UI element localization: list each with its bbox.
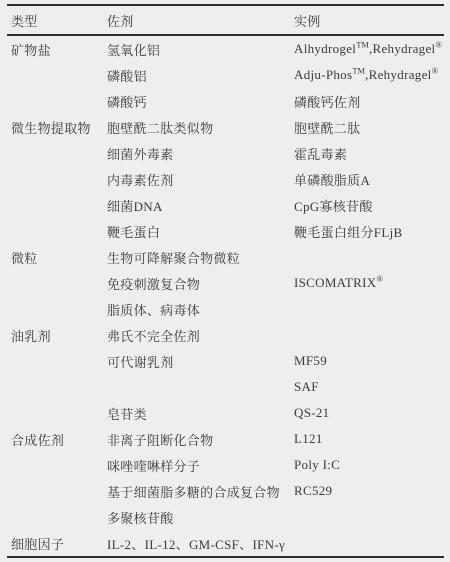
table-row: 基于细菌脂多糖的合成复合物 RC529 (7, 478, 444, 504)
table-header-row: 类型 佐剂 实例 (7, 6, 444, 34)
example-cell: 磷酸钙佐剂 (290, 92, 444, 111)
adjuvant-cell: 基于细菌脂多糖的合成复合物 (103, 482, 290, 501)
table-row: 微粒 生物可降解聚合物微粒 (7, 244, 444, 270)
example-cell: 霍乱毒素 (290, 144, 444, 163)
table-row: 细胞因子 IL-2、IL-12、GM-CSF、IFN-γ (7, 530, 444, 556)
scanned-document-page: 类型 佐剂 实例 矿物盐 氢氧化铝 AlhydrogelTM,Rehydrage… (0, 0, 450, 562)
table-row: 内毒素佐剂 单磷酸脂质A (7, 166, 444, 192)
type-cell: 油乳剂 (7, 326, 103, 345)
example-cell: ISCOMATRIX® (290, 275, 444, 291)
column-header-example: 实例 (290, 11, 444, 30)
example-cell: Adju-PhosTM,Rehydragel® (290, 67, 444, 83)
example-cell: SAF (290, 379, 444, 395)
column-header-type: 类型 (7, 11, 103, 30)
example-cell: L121 (290, 431, 444, 447)
adjuvant-table: 类型 佐剂 实例 矿物盐 氢氧化铝 AlhydrogelTM,Rehydrage… (7, 4, 444, 558)
example-cell: QS-21 (290, 405, 444, 421)
type-cell: 细胞因子 (7, 534, 103, 553)
table-row: 细菌DNA CpG寡核苷酸 (7, 192, 444, 218)
adjuvant-cell: 氢氧化铝 (103, 40, 290, 59)
example-cell: AlhydrogelTM,Rehydragel® (290, 41, 444, 57)
example-cell: MF59 (290, 353, 444, 369)
adjuvant-cell: 磷酸钙 (103, 92, 290, 111)
adjuvant-cell: 鞭毛蛋白 (103, 222, 290, 241)
type-cell: 微粒 (7, 248, 103, 267)
adjuvant-cell: 咪唑喹啉样分子 (103, 456, 290, 475)
table-row: 矿物盐 氢氧化铝 AlhydrogelTM,Rehydragel® (7, 36, 444, 62)
table-row: 鞭毛蛋白 鞭毛蛋白组分FLjB (7, 218, 444, 244)
example-cell: 胞壁酰二肽 (290, 118, 444, 137)
adjuvant-cell: 磷酸铝 (103, 66, 290, 85)
table-body: 矿物盐 氢氧化铝 AlhydrogelTM,Rehydragel® 磷酸铝 Ad… (7, 36, 444, 556)
table-row: 免疫刺激复合物 ISCOMATRIX® (7, 270, 444, 296)
table-row: 皂苷类 QS-21 (7, 400, 444, 426)
adjuvant-cell: 脂质体、病毒体 (103, 300, 290, 319)
adjuvant-cell: 非离子阻断化合物 (103, 430, 290, 449)
example-cell: 单磷酸脂质A (290, 170, 444, 189)
adjuvant-cell: 免疫刺激复合物 (103, 274, 290, 293)
type-cell: 合成佐剂 (7, 430, 103, 449)
adjuvant-cell: 细菌DNA (103, 196, 290, 215)
table-row: 脂质体、病毒体 (7, 296, 444, 322)
table-row: SAF (7, 374, 444, 400)
type-cell: 矿物盐 (7, 40, 103, 59)
example-cell: RC529 (290, 483, 444, 499)
adjuvant-cell: 内毒素佐剂 (103, 170, 290, 189)
adjuvant-cell: IL-2、IL-12、GM-CSF、IFN-γ (103, 534, 290, 553)
table-row: 合成佐剂 非离子阻断化合物 L121 (7, 426, 444, 452)
table-row: 多聚核苷酸 (7, 504, 444, 530)
adjuvant-cell: 皂苷类 (103, 404, 290, 423)
column-header-adjuvant: 佐剂 (103, 11, 290, 30)
example-cell: Poly I:C (290, 457, 444, 473)
type-cell: 微生物提取物 (7, 118, 103, 137)
table-bottom-rule (7, 556, 444, 558)
adjuvant-cell: 多聚核苷酸 (103, 508, 290, 527)
adjuvant-cell: 细菌外毒素 (103, 144, 290, 163)
adjuvant-cell: 胞壁酰二肽类似物 (103, 118, 290, 137)
example-cell: 鞭毛蛋白组分FLjB (290, 222, 444, 241)
adjuvant-cell: 可代谢乳剂 (103, 352, 290, 371)
table-row: 磷酸铝 Adju-PhosTM,Rehydragel® (7, 62, 444, 88)
table-row: 可代谢乳剂 MF59 (7, 348, 444, 374)
table-row: 油乳剂 弗氏不完全佐剂 (7, 322, 444, 348)
table-row: 细菌外毒素 霍乱毒素 (7, 140, 444, 166)
example-cell: CpG寡核苷酸 (290, 196, 444, 215)
adjuvant-cell: 弗氏不完全佐剂 (103, 326, 290, 345)
table-row: 磷酸钙 磷酸钙佐剂 (7, 88, 444, 114)
table-row: 咪唑喹啉样分子 Poly I:C (7, 452, 444, 478)
adjuvant-cell: 生物可降解聚合物微粒 (103, 248, 290, 267)
table-row: 微生物提取物 胞壁酰二肽类似物 胞壁酰二肽 (7, 114, 444, 140)
